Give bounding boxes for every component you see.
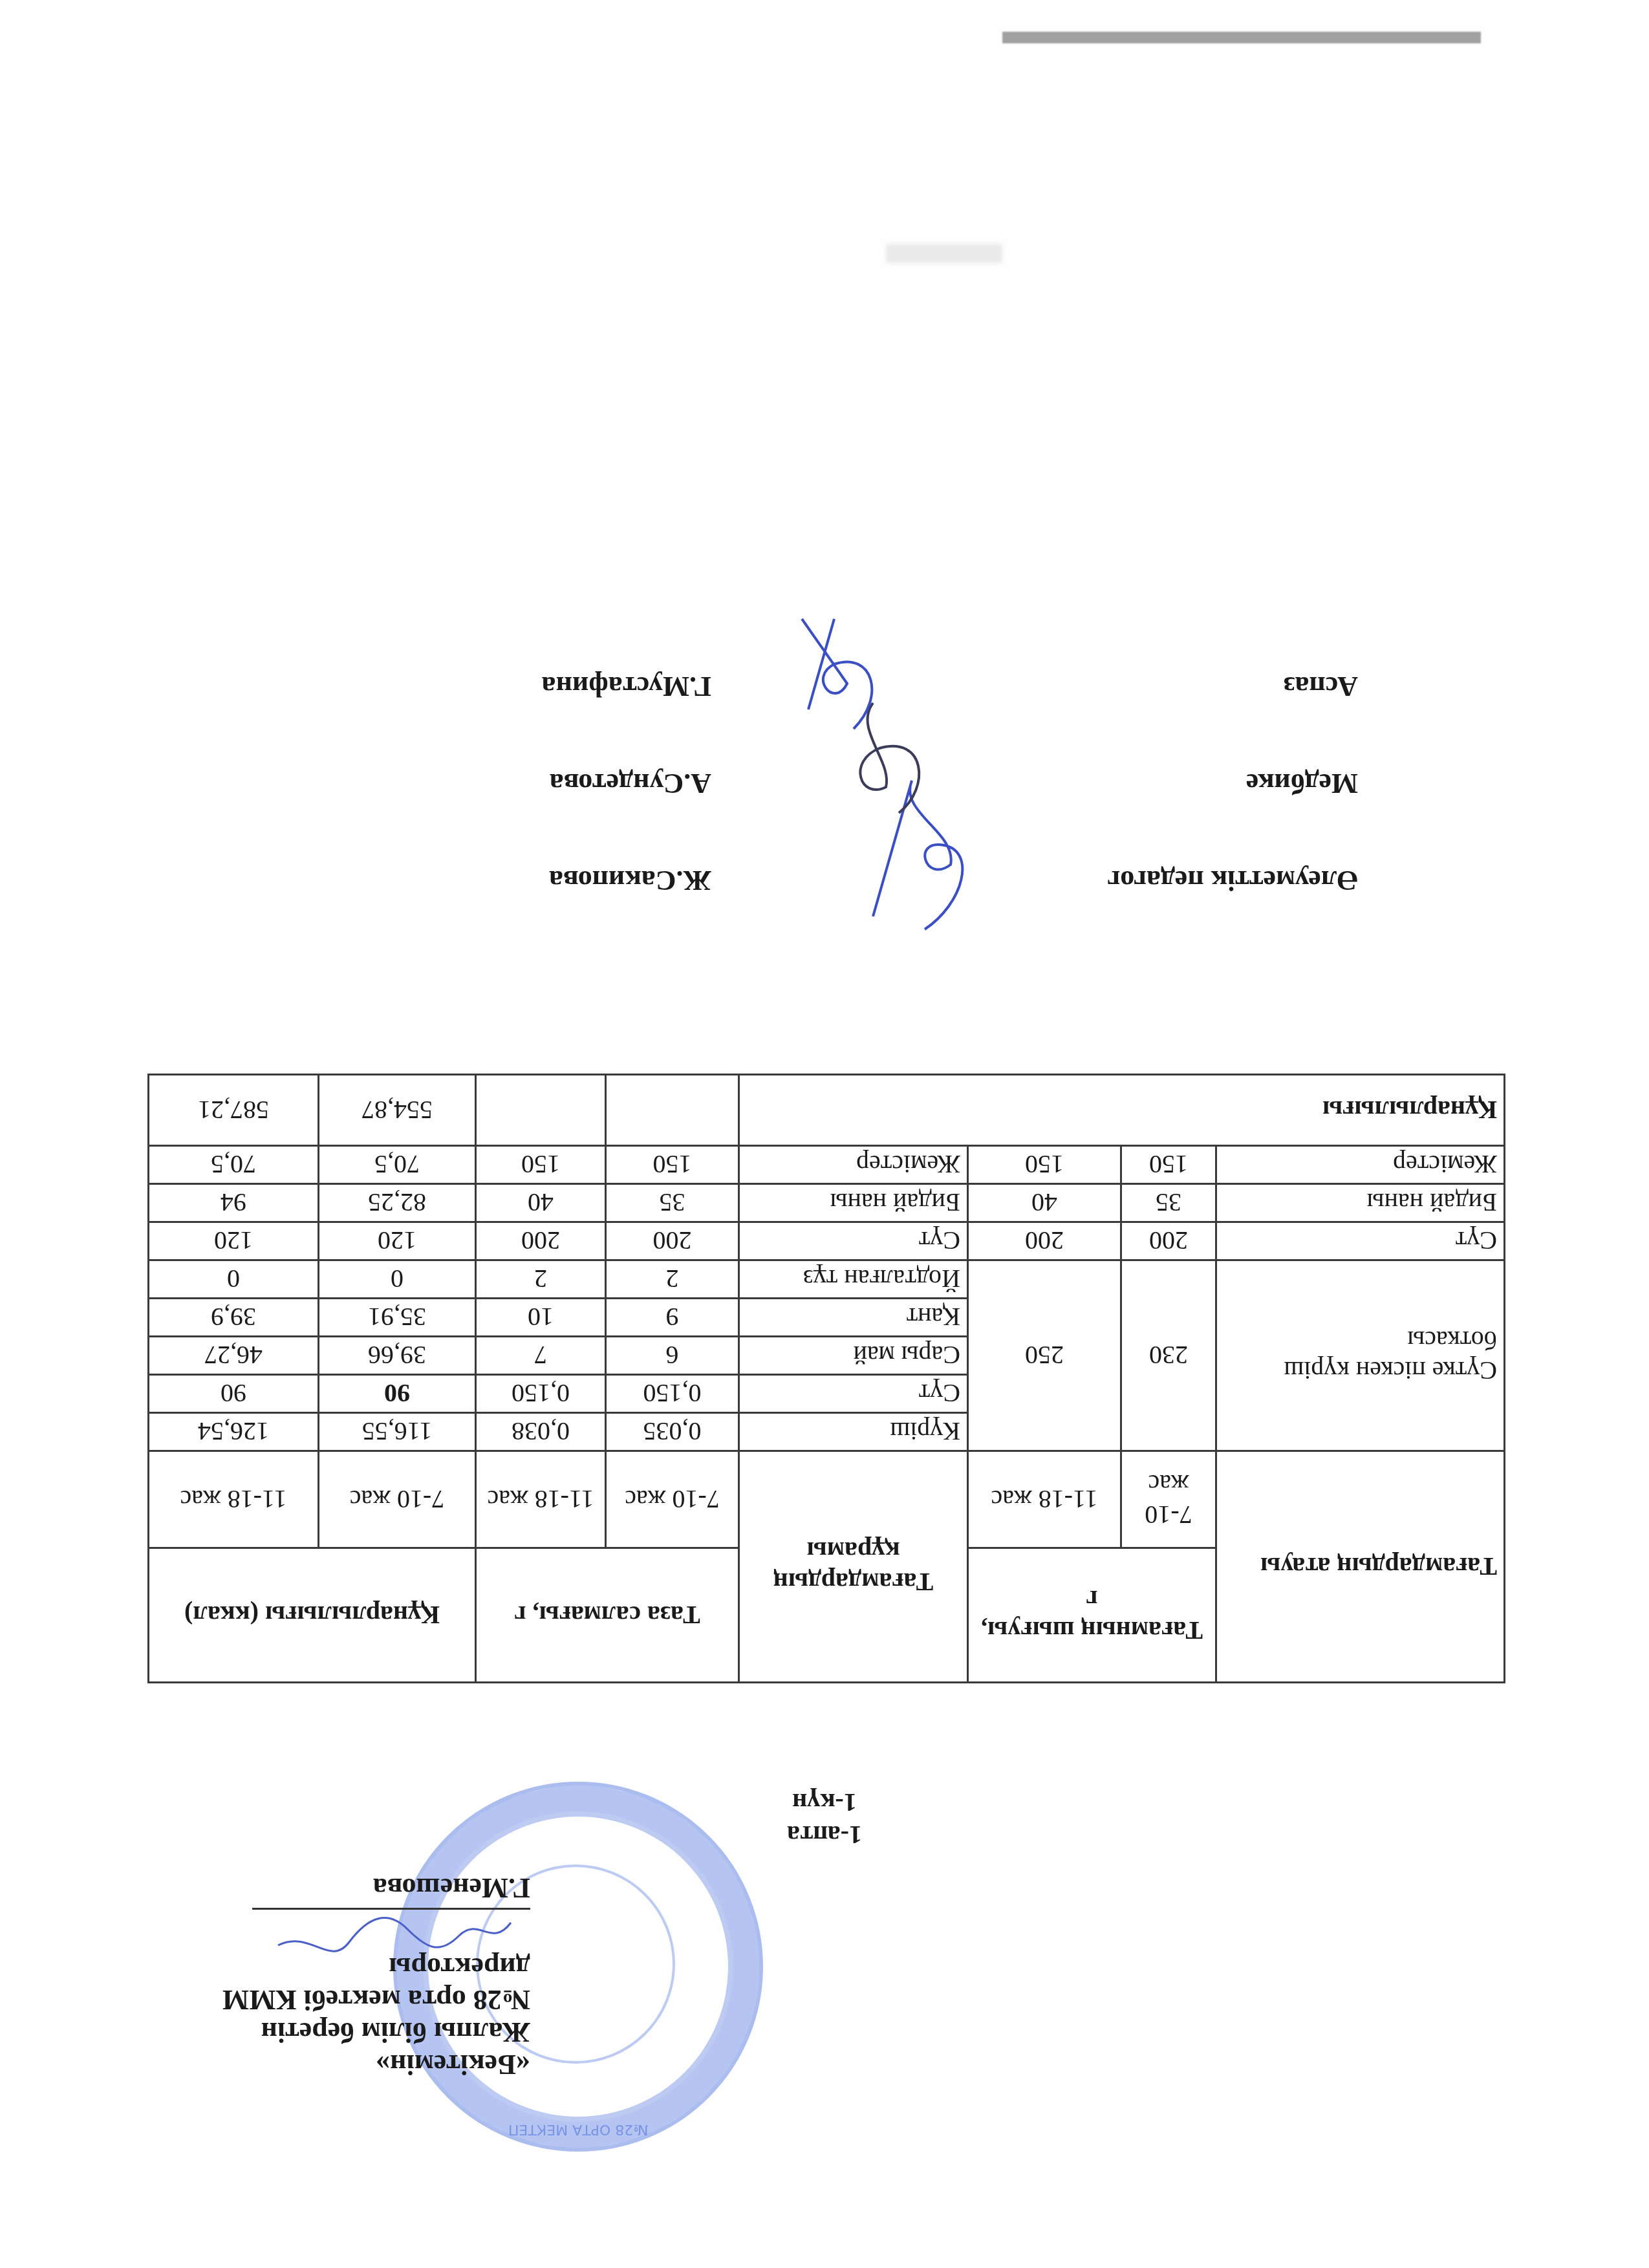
header-net-weight: Таза салмағы, г [475,1548,738,1683]
kcal-7-10: 116,55 [318,1413,475,1451]
week-label: 1-апта [647,1819,1002,1851]
total-net-7-10 [605,1075,738,1146]
net-7-10: 0,035 [605,1413,738,1451]
total-row: Құнарлылығы 554,87 587,21 [148,1075,1504,1146]
kcal-11-18: 46,27 [148,1337,318,1375]
header-calories: Құнарлылығы (ккал) [148,1548,475,1683]
total-label: Құнарлылығы [738,1075,1504,1146]
total-kcal-7-10: 554,87 [318,1075,475,1146]
ingredient-name: Сүт [738,1375,967,1413]
kcal-7-10: 39,66 [318,1337,475,1375]
net-7-10: 35 [605,1184,738,1222]
subheader-kcal-7-10: 7-10 жас [318,1451,475,1548]
header-composition: Тағамдардың құрамы [738,1451,967,1683]
ingredient-name: Қант [738,1299,967,1337]
net-7-10: 6 [605,1337,738,1375]
scan-smudge [886,244,1002,263]
subheader-output-7-10: 7-10 жас [1121,1451,1216,1548]
net-11-18: 0,038 [475,1413,605,1451]
stamp-text: №28 ОРТА МЕКТЕП [397,2121,759,2137]
day-label: 1-күн [647,1786,1002,1819]
net-11-18: 200 [475,1222,605,1260]
kcal-7-10: 82,25 [318,1184,475,1222]
net-7-10: 0,150 [605,1375,738,1413]
kcal-7-10: 70,5 [318,1146,475,1184]
signatory-name: Ж.Сакипова [259,865,711,898]
total-net-11-18 [475,1075,605,1146]
dish-name: Бидай наны [1216,1184,1505,1222]
output-11-18: 150 [967,1146,1121,1184]
ingredient-name: Күріш [738,1413,967,1451]
net-11-18: 150 [475,1146,605,1184]
subheader-kcal-11-18: 11-18 жас [148,1451,318,1548]
kcal-11-18: 70,5 [148,1146,318,1184]
approval-title: «Бекітемін» [116,2048,530,2080]
output-7-10: 35 [1121,1184,1216,1222]
net-11-18: 7 [475,1337,605,1375]
subheader-output-11-18: 11-18 жас [967,1451,1121,1548]
ingredient-name: Бидай наны [738,1184,967,1222]
scanned-menu-page: №28 ОРТА МЕКТЕП «Бекітемін» Жалпы білім … [0,0,1649,2268]
kcal-11-18: 90 [148,1375,318,1413]
output-7-10: 150 [1121,1146,1216,1184]
kcal-7-10: 120 [318,1222,475,1260]
signatory-name: А.Сундетова [259,768,711,801]
approval-org-line2: №28 орта мектебі КММ [116,1983,530,2016]
ingredient-name: Йодталған тұз [738,1260,967,1299]
signatory-name: Г.Мустафина [259,671,711,704]
kcal-11-18: 0 [148,1260,318,1299]
table-row: Бидай наны 35 40 Бидай наны 35 40 82,25 … [148,1184,1504,1222]
net-7-10: 200 [605,1222,738,1260]
dish-name: Сүт [1216,1222,1505,1260]
handwritten-signatures-icon [744,606,1002,942]
ingredient-name: Сары май [738,1337,967,1375]
ingredient-name: Жемістер [738,1146,967,1184]
net-11-18: 40 [475,1184,605,1222]
output-11-18: 250 [967,1260,1121,1451]
net-11-18: 2 [475,1260,605,1299]
kcal-7-10: 0 [318,1260,475,1299]
net-7-10: 150 [605,1146,738,1184]
table-row: Сүтке піскен күріш боткасы 230 250 Күріш… [148,1413,1504,1451]
output-7-10: 230 [1121,1260,1216,1451]
table-row: Жемістер 150 150 Жемістер 150 150 70,5 7… [148,1146,1504,1184]
kcal-11-18: 120 [148,1222,318,1260]
director-signature-icon [272,1910,517,1955]
approval-org-line1: Жалпы білім беретін [116,2016,530,2048]
output-11-18: 40 [967,1184,1121,1222]
net-7-10: 2 [605,1260,738,1299]
net-11-18: 10 [475,1299,605,1337]
kcal-7-10: 90 [318,1375,475,1413]
total-kcal-11-18: 587,21 [148,1075,318,1146]
approval-position: директоры [116,1951,530,1983]
director-name: Г.Менешова [116,1872,530,1904]
menu-heading: 1-апта 1-күн [647,1786,1002,1851]
subheader-net-7-10: 7-10 жас [605,1451,738,1548]
approval-block: «Бекітемін» Жалпы білім беретін №28 орта… [116,1872,530,2080]
header-dish-name: Тағамдардың атауы [1216,1451,1505,1683]
dish-name: Сүтке піскен күріш боткасы [1216,1260,1505,1451]
net-11-18: 0,150 [475,1375,605,1413]
header-output: Тағамның шығуы, г [967,1548,1216,1683]
kcal-11-18: 94 [148,1184,318,1222]
ingredient-name: Сүт [738,1222,967,1260]
dish-name: Жемістер [1216,1146,1505,1184]
output-7-10: 200 [1121,1222,1216,1260]
net-7-10: 9 [605,1299,738,1337]
kcal-7-10: 35,91 [318,1299,475,1337]
output-11-18: 200 [967,1222,1121,1260]
scan-artifact [1002,32,1481,43]
menu-table: Тағамдардың атауы Тағамның шығуы, г Таға… [147,1074,1505,1683]
kcal-11-18: 39,9 [148,1299,318,1337]
table-row: Сүт 200 200 Сүт 200 200 120 120 [148,1222,1504,1260]
subheader-net-11-18: 11-18 жас [475,1451,605,1548]
kcal-11-18: 126,54 [148,1413,318,1451]
director-signature-line [252,1908,530,1949]
